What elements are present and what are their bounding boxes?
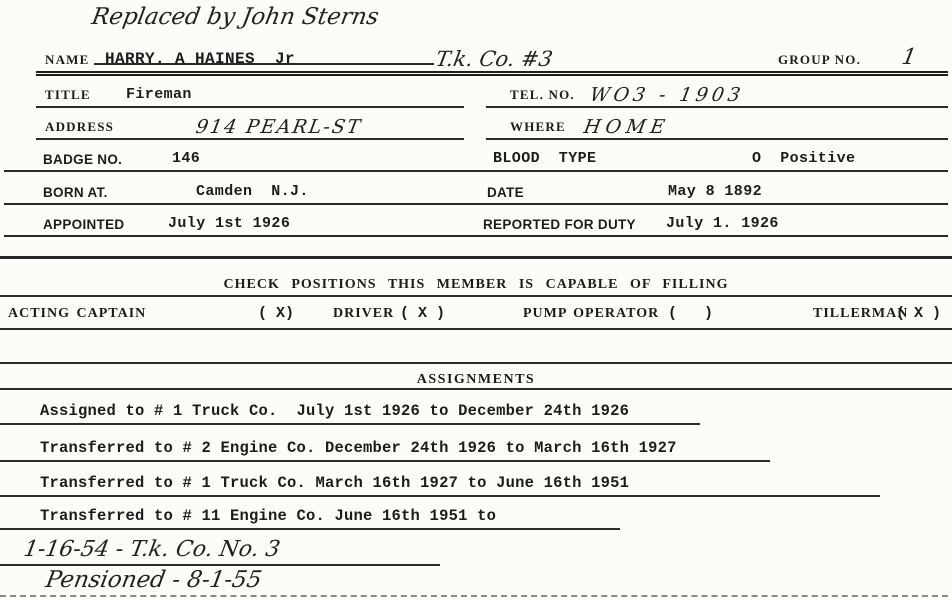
assignment-row: Transferred to # 1 Truck Co. March 16th … <box>0 468 880 497</box>
blood-type-value: O Positive <box>752 150 855 167</box>
positions-heading: CHECK POSITIONS THIS MEMBER IS CAPABLE O… <box>224 277 729 292</box>
personnel-record-card: Replaced by John Sterns NAME HARRY. A HA… <box>0 0 952 600</box>
reported-for-duty-value: July 1. 1926 <box>666 215 779 232</box>
address-row: ADDRESS 914 PEARL-ST <box>36 112 464 140</box>
assignments-heading: ASSIGNMENTS <box>417 372 535 387</box>
position-acting-captain-label: ACTING CAPTAIN <box>8 306 146 322</box>
handwritten-entry-2: Pensioned - 8-1-55 <box>44 567 264 593</box>
name-company-handwritten: T.k. Co. #3 <box>434 47 555 71</box>
address-label: ADDRESS <box>45 119 114 135</box>
where-label: WHERE <box>510 119 566 135</box>
badge-row: BADGE NO. 146 BLOOD TYPE O Positive <box>4 144 948 172</box>
blood-type-label: BLOOD TYPE <box>493 150 596 167</box>
date-value: May 8 1892 <box>668 183 762 200</box>
assignment-entry-2: Transferred to # 2 Engine Co. December 2… <box>40 439 677 457</box>
born-row: BORN AT. Camden N.J. DATE May 8 1892 <box>4 176 948 205</box>
badge-no-value: 146 <box>172 150 200 167</box>
section-divider-rule <box>0 256 952 259</box>
assignment-entry-3: Transferred to # 1 Truck Co. March 16th … <box>40 474 629 492</box>
position-pump-operator-label: PUMP OPERATOR <box>523 306 659 322</box>
assignments-heading-row: ASSIGNMENTS <box>0 362 952 390</box>
tel-no-label: TEL. NO. <box>510 87 575 103</box>
position-driver-mark: ( X ) <box>400 305 445 322</box>
position-tillerman-label: TILLERMAN <box>813 306 908 322</box>
positions-heading-row: CHECK POSITIONS THIS MEMBER IS CAPABLE O… <box>0 268 952 297</box>
assignment-row-handwritten: Pensioned - 8-1-55 <box>0 568 948 597</box>
group-no-value: 1 <box>900 45 918 70</box>
date-label: DATE <box>487 185 524 200</box>
assignment-row: Assigned to # 1 Truck Co. July 1st 1926 … <box>0 396 700 425</box>
where-value: HOME <box>582 116 671 138</box>
positions-row: ACTING CAPTAIN ( X) DRIVER ( X ) PUMP OP… <box>0 297 952 330</box>
reported-for-duty-label: REPORTED FOR DUTY <box>483 217 636 232</box>
group-no-label: GROUP NO. <box>778 52 861 68</box>
name-label: NAME <box>45 52 90 68</box>
born-at-value: Camden N.J. <box>196 183 309 200</box>
assignment-entry-4: Transferred to # 11 Engine Co. June 16th… <box>40 507 496 525</box>
appointed-label: APPOINTED <box>43 217 124 232</box>
appointed-row: APPOINTED July 1st 1926 REPORTED FOR DUT… <box>4 208 948 237</box>
assignment-row-handwritten: 1-16-54 - T.k. Co. No. 3 <box>0 532 440 566</box>
handwritten-replacement-note: Replaced by John Sterns <box>90 4 381 30</box>
assignment-row: Transferred to # 11 Engine Co. June 16th… <box>0 502 620 530</box>
where-row: WHERE HOME <box>486 112 948 140</box>
name-row: NAME HARRY. A HAINES Jr T.k. Co. #3 GROU… <box>36 44 948 76</box>
position-tillerman-mark: ( X ) <box>896 305 941 322</box>
assignment-row: Transferred to # 2 Engine Co. December 2… <box>0 432 770 462</box>
title-row: TITLE Fireman <box>36 80 464 108</box>
title-label: TITLE <box>45 87 91 103</box>
tel-no-value: WO3 - 1903 <box>588 84 746 106</box>
title-value: Fireman <box>126 86 192 103</box>
position-driver-label: DRIVER <box>333 306 394 322</box>
handwritten-entry-1: 1-16-54 - T.k. Co. No. 3 <box>22 537 282 562</box>
badge-no-label: BADGE NO. <box>43 152 122 167</box>
position-acting-captain-mark: ( X) <box>258 305 294 322</box>
tel-row: TEL. NO. WO3 - 1903 <box>486 80 948 108</box>
name-value: HARRY. A HAINES Jr <box>105 50 295 68</box>
address-value: 914 PEARL-ST <box>194 116 364 138</box>
appointed-value: July 1st 1926 <box>168 215 290 232</box>
position-pump-operator-mark: ( ) <box>668 305 713 322</box>
born-at-label: BORN AT. <box>43 185 108 200</box>
assignment-entry-1: Assigned to # 1 Truck Co. July 1st 1926 … <box>40 402 629 420</box>
